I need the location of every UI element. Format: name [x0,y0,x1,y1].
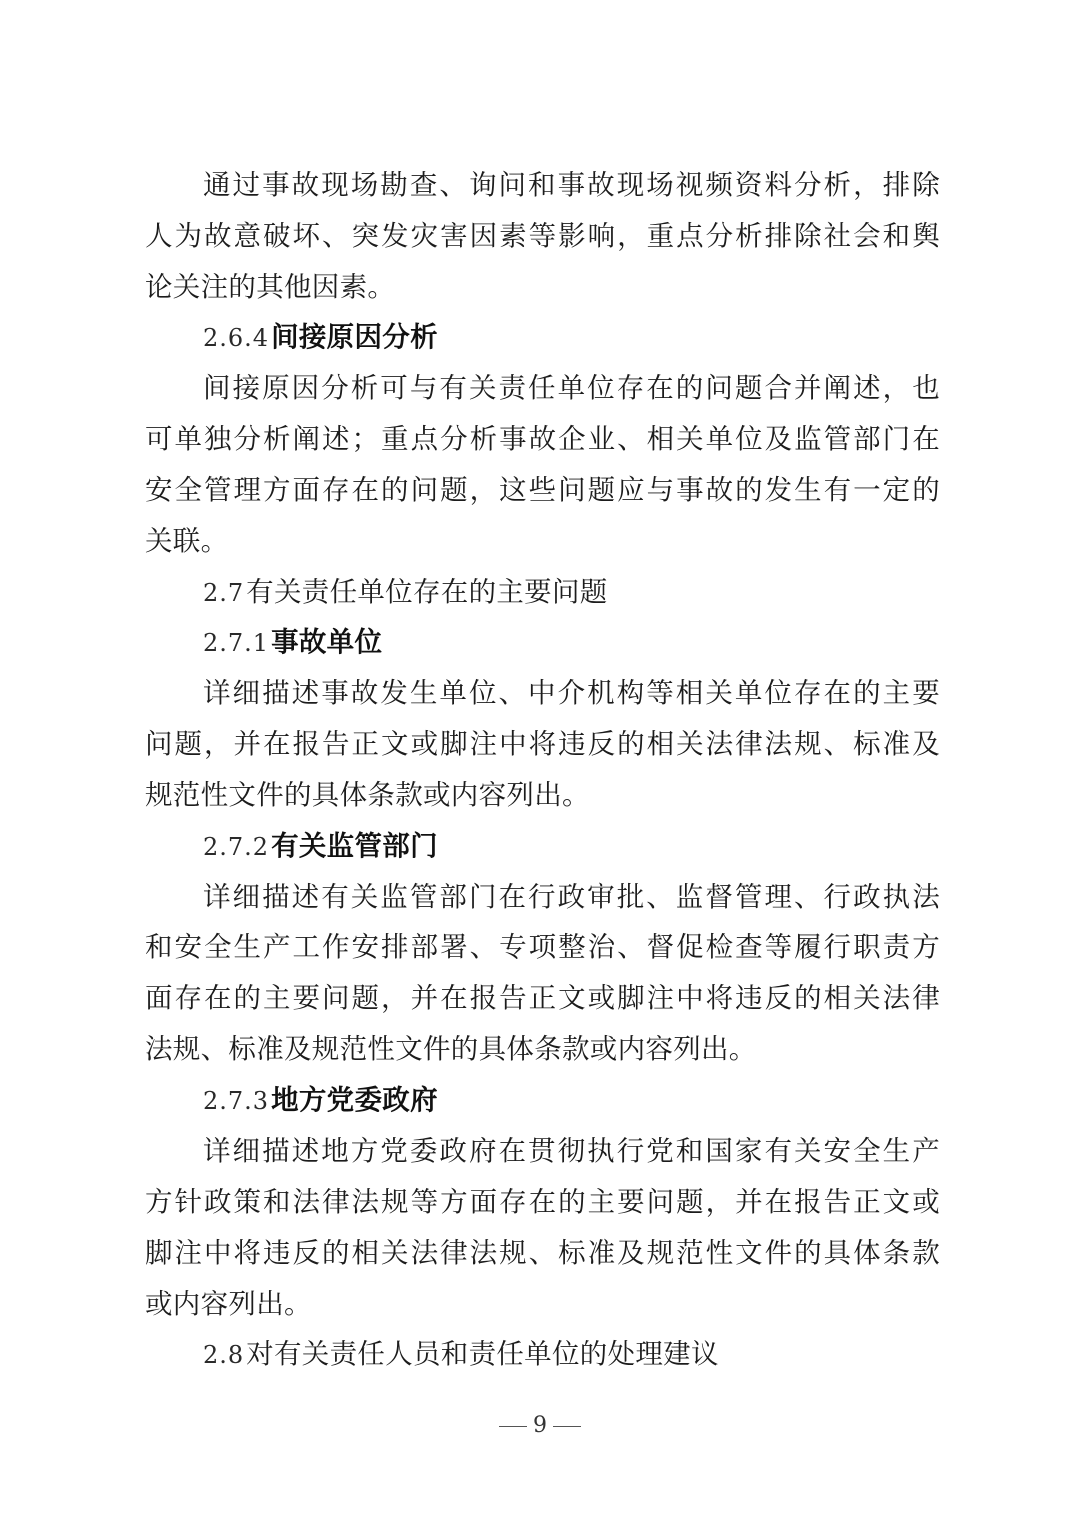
heading-number: 2.7.3 [203,1087,269,1115]
dash-left [499,1426,527,1427]
heading-2-7-2: 2.7.2有关监管部门 [203,821,940,872]
heading-2-7-1: 2.7.1事故单位 [203,617,940,668]
page-number-footer: 9 [0,1413,1080,1438]
paragraph-4-line-2: 和安全生产工作安排部署、专项整治、督促检查等履行职责方 [145,922,940,973]
heading-number: 2.7 [203,579,244,607]
heading-number: 2.7.2 [203,833,269,861]
heading-number: 2.8 [203,1341,244,1369]
heading-title: 有关监管部门 [271,830,438,862]
paragraph-4-line-1: 详细描述有关监管部门在行政审批、监督管理、行政执法 [203,872,940,923]
paragraph-3-line-3: 规范性文件的具体条款或内容列出。 [145,770,940,821]
heading-2-7-3: 2.7.3地方党委政府 [203,1075,940,1126]
heading-title: 事故单位 [271,626,382,658]
heading-title: 地方党委政府 [271,1084,438,1116]
document-page: 通过事故现场勘查、询问和事故现场视频资料分析，排除 人为故意破坏、突发灾害因素等… [0,0,1080,1527]
paragraph-1-line-2: 人为故意破坏、突发灾害因素等影响，重点分析排除社会和舆 [145,211,940,262]
paragraph-2-line-4: 关联。 [145,516,940,567]
paragraph-4-line-4: 法规、标准及规范性文件的具体条款或内容列出。 [145,1024,940,1075]
paragraph-2-line-1: 间接原因分析可与有关责任单位存在的问题合并阐述，也 [203,363,940,414]
paragraph-3-line-2: 问题，并在报告正文或脚注中将违反的相关法律法规、标准及 [145,719,940,770]
heading-number: 2.6.4 [203,324,269,352]
paragraph-2-line-2: 可单独分析阐述；重点分析事故企业、相关单位及监管部门在 [145,414,940,465]
page-number: 9 [533,1413,547,1438]
heading-title: 间接原因分析 [271,321,438,353]
heading-2-7: 2.7有关责任单位存在的主要问题 [203,567,940,618]
paragraph-4-line-3: 面存在的主要问题，并在报告正文或脚注中将违反的相关法律 [145,973,940,1024]
paragraph-1-line-1: 通过事故现场勘查、询问和事故现场视频资料分析，排除 [203,160,940,211]
paragraph-5-line-2: 方针政策和法律法规等方面存在的主要问题，并在报告正文或 [145,1177,940,1228]
paragraph-1-line-3: 论关注的其他因素。 [145,262,940,313]
heading-title: 对有关责任人员和责任单位的处理建议 [246,1338,719,1370]
paragraph-2-line-3: 安全管理方面存在的问题，这些问题应与事故的发生有一定的 [145,465,940,516]
paragraph-3-line-1: 详细描述事故发生单位、中介机构等相关单位存在的主要 [203,668,940,719]
paragraph-5-line-3: 脚注中将违反的相关法律法规、标准及规范性文件的具体条款 [145,1228,940,1279]
heading-title: 有关责任单位存在的主要问题 [246,576,607,608]
dash-right [553,1426,581,1427]
paragraph-5-line-4: 或内容列出。 [145,1279,940,1330]
heading-number: 2.7.1 [203,629,269,657]
paragraph-5-line-1: 详细描述地方党委政府在贯彻执行党和国家有关安全生产 [203,1126,940,1177]
heading-2-8: 2.8对有关责任人员和责任单位的处理建议 [203,1329,940,1380]
heading-2-6-4: 2.6.4间接原因分析 [203,312,940,363]
